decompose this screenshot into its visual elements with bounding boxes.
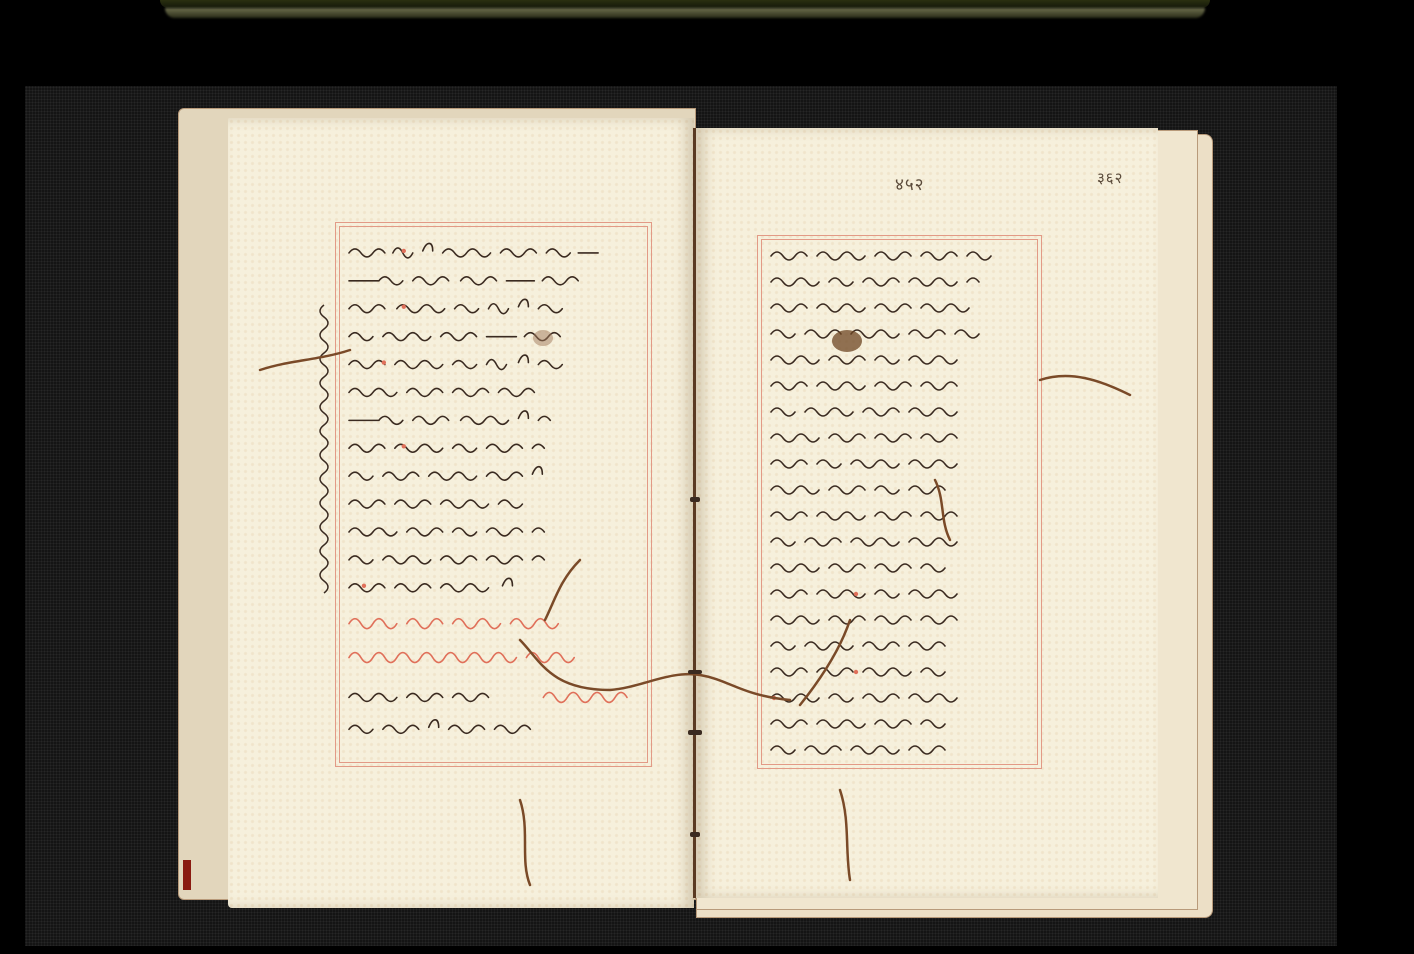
book-spine bbox=[693, 128, 696, 898]
scanner-edge bbox=[160, 0, 1210, 8]
left-text-frame bbox=[335, 222, 652, 767]
ink-stain bbox=[832, 330, 862, 352]
left-margin-annotation bbox=[312, 300, 336, 610]
right-text-lines bbox=[766, 244, 1033, 760]
page-number-corner: ३६२ bbox=[1097, 168, 1123, 188]
left-text-lines bbox=[344, 231, 643, 756]
left-cover-edge bbox=[183, 860, 191, 890]
scanner-edge-highlight bbox=[165, 8, 1205, 18]
page-number-center: ४५२ bbox=[895, 172, 925, 195]
ink-stain-left bbox=[533, 330, 553, 346]
right-text-frame bbox=[757, 235, 1042, 769]
